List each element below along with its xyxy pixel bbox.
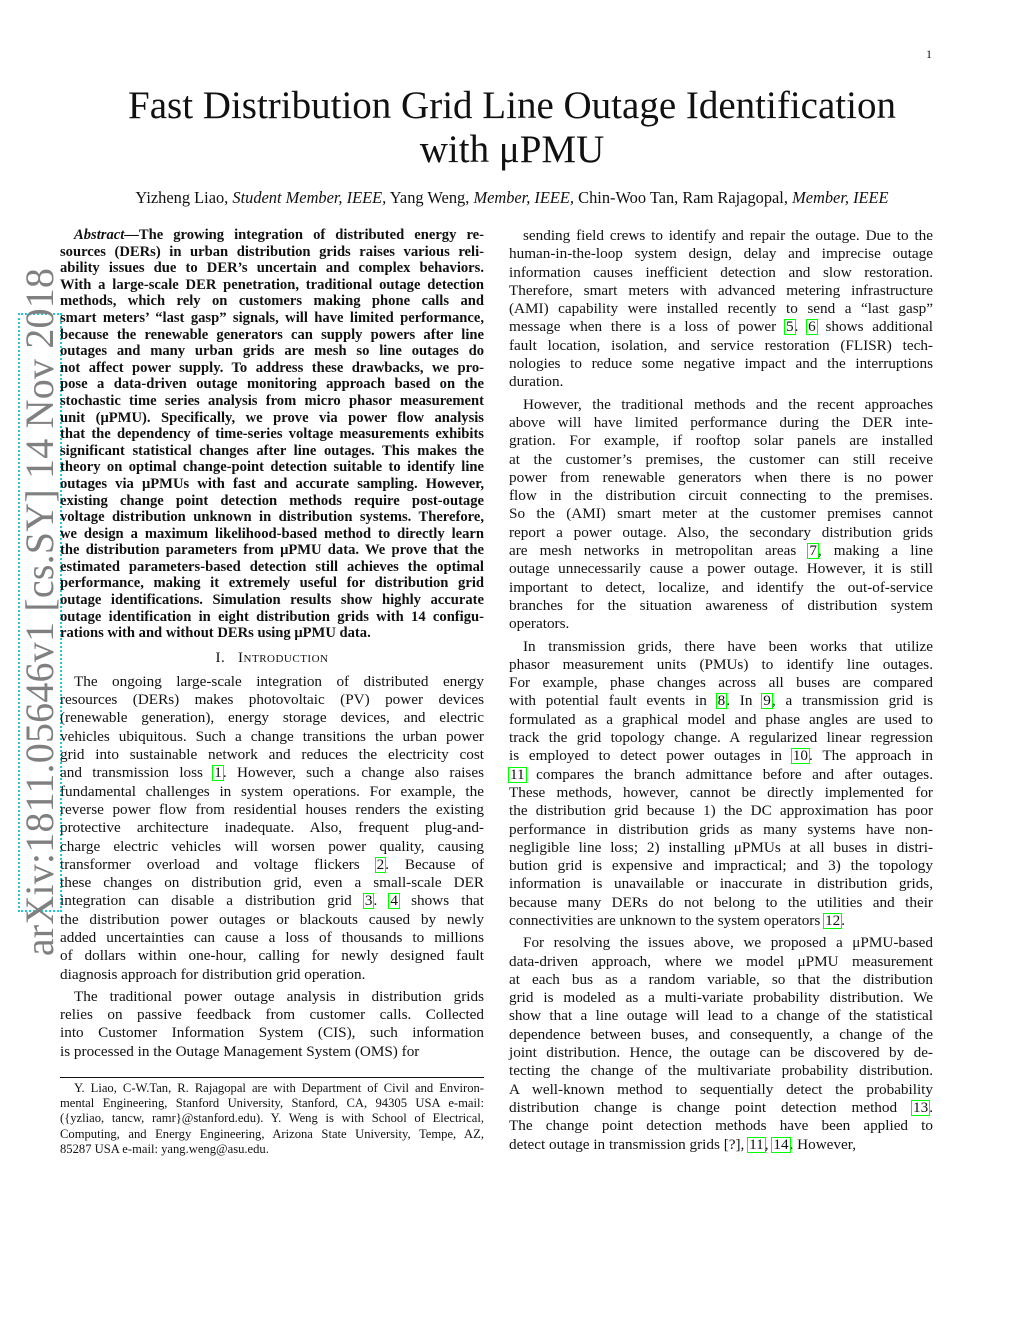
- text-line: message when there is a loss of power 5.…: [509, 318, 933, 336]
- left-column: Abstract—The growing integration of dist…: [60, 227, 484, 1065]
- text-line: relies on passive feedback from customer…: [60, 1006, 484, 1024]
- abstract-line: unit (μPMU). Specifically, we prove via …: [60, 410, 484, 427]
- text-run: grid is modeled as a multi-variate proba…: [509, 989, 933, 1006]
- abstract-line: outage identifications. Simulation resul…: [60, 592, 484, 609]
- paragraph: However, the traditional methods and the…: [509, 396, 933, 634]
- text-run: sources (DERs) in urban distribution gri…: [60, 244, 484, 260]
- text-line: For resolving the issues above, we propo…: [509, 934, 933, 952]
- text-line: human-in-the-loop system design, delay a…: [509, 245, 933, 263]
- text-run: estimated parameters-based detection sti…: [60, 559, 484, 575]
- text-line: grid is modeled as a multi-variate proba…: [509, 989, 933, 1007]
- text-line: The ongoing large-scale integration of d…: [60, 673, 484, 691]
- text-run: added uncertainties can cause a loss of …: [60, 929, 484, 946]
- author-name: Chin-Woo Tan, Ram Rajagopal,: [578, 188, 788, 207]
- text-run: information is unavailable or inaccurate…: [509, 875, 933, 892]
- abstract-line: stochastic time series analysis from mic…: [60, 393, 484, 410]
- text-line: Therefore, smart meters with advanced me…: [509, 282, 933, 300]
- text-line: integration can disable a distribution g…: [60, 892, 484, 910]
- text-line: gration. For example, if rooftop solar p…: [509, 432, 933, 450]
- text-run: branches for the situation awareness of …: [509, 597, 933, 614]
- text-run: duration.: [509, 373, 563, 390]
- text-line: sending field crews to identify and repa…: [509, 227, 933, 245]
- text-run: .: [373, 892, 389, 909]
- text-run: relies on passive feedback from customer…: [60, 1006, 484, 1023]
- text-line: distribution change is change point dete…: [509, 1099, 933, 1117]
- text-run: With a large-scale DER penetration, trad…: [60, 277, 484, 293]
- text-line: tecting the change of the multivariate p…: [509, 1062, 933, 1080]
- text-run: outage unnecessarily cause a power outag…: [509, 560, 933, 577]
- text-line: power from renewable generators when the…: [509, 469, 933, 487]
- text-run: data-driven approach, where we model μPM…: [509, 953, 933, 970]
- abstract-line: significant statistical changes after li…: [60, 443, 484, 460]
- text-run: outages and many urban grids are mesh so…: [60, 343, 484, 359]
- text-line: For example, phase changes across all bu…: [509, 674, 933, 692]
- abstract-line: pose a data-driven outage monitoring app…: [60, 376, 484, 393]
- footnote-line: mental Engineering, Stanford University,…: [60, 1096, 484, 1111]
- footnote-line: 85287 USA e-mail: yang.weng@asu.edu.: [60, 1142, 484, 1157]
- citation-link[interactable]: 11: [747, 1137, 766, 1153]
- text-run: sending field crews to identify and repa…: [523, 227, 933, 244]
- footnote-line: Y. Liao, C-W.Tan, R. Rajagopal are with …: [60, 1081, 484, 1096]
- text-run: existing change point detection methods …: [60, 493, 484, 509]
- text-run: (AMI) capability were installed recently…: [509, 300, 933, 317]
- text-run: negligible line loss; 2) installing μPMU…: [509, 839, 933, 856]
- text-run: resources (DERs) makes photovoltaic (PV)…: [60, 691, 484, 708]
- text-line: report a power outage. Also, the seconda…: [509, 524, 933, 542]
- text-line: are mesh networks in metropolitan areas …: [509, 542, 933, 560]
- footnote-line: Computing, and Energy Engineering, Arizo…: [60, 1127, 484, 1142]
- text-line: dependence between buses, and consequent…: [509, 1026, 933, 1044]
- text-run: phasor measurement units (PMUs) to ident…: [509, 656, 933, 673]
- text-run: The traditional power outage analysis in…: [74, 988, 484, 1005]
- text-line: phasor measurement units (PMUs) to ident…: [509, 656, 933, 674]
- author-name: Yizheng Liao,: [135, 188, 228, 207]
- text-line: vehicles ubiquitous. Such a change trans…: [60, 728, 484, 746]
- text-run: distribution change is change point dete…: [509, 1099, 912, 1116]
- text-run: gration. For example, if rooftop solar p…: [509, 432, 933, 449]
- text-run: . Because of: [385, 856, 484, 873]
- author-affiliation: Member, IEEE,: [473, 188, 574, 207]
- text-run: flow in the distribution circuit connect…: [509, 487, 933, 504]
- abstract-line: not affect power supply. To address thes…: [60, 360, 484, 377]
- text-run: charge electric vehicles will worsen pow…: [60, 838, 484, 855]
- text-line: grid into sustainable network and reduce…: [60, 746, 484, 764]
- text-line: transformer overload and voltage flicker…: [60, 856, 484, 874]
- paragraph: The traditional power outage analysis in…: [60, 988, 484, 1061]
- text-run: . The approach in: [809, 747, 933, 764]
- title-line-2: with μPMU: [0, 128, 1024, 172]
- text-line: at the customer’s premises, the customer…: [509, 451, 933, 469]
- text-line: bution grid is expensive and impractical…: [509, 857, 933, 875]
- text-line: information causes inefficient detection…: [509, 264, 933, 282]
- text-run: .: [929, 1099, 933, 1116]
- text-line: resources (DERs) makes photovoltaic (PV)…: [60, 691, 484, 709]
- text-run: tecting the change of the multivariate p…: [509, 1062, 933, 1079]
- citation-link[interactable]: 11: [508, 767, 527, 783]
- text-run: .: [841, 912, 845, 929]
- text-line: flow in the distribution circuit connect…: [509, 487, 933, 505]
- text-run: rations with and without DERs using μPMU…: [60, 625, 371, 641]
- text-line: 11 compares the branch admittance before…: [509, 766, 933, 784]
- text-run: into Customer Information System (CIS), …: [60, 1024, 484, 1041]
- text-run: performance, making it extremely useful …: [60, 575, 484, 591]
- abstract-line: outage identification in eight distribut…: [60, 609, 484, 626]
- text-run: , making a line: [818, 542, 933, 559]
- text-run: protective architecture inadequate. Also…: [60, 819, 484, 836]
- abstract-line: performance, making it extremely useful …: [60, 575, 484, 592]
- text-line: A well-known method to sequentially dete…: [509, 1081, 933, 1099]
- text-line: into Customer Information System (CIS), …: [60, 1024, 484, 1042]
- text-run: above will have limited performance duri…: [509, 414, 933, 431]
- text-run: performance in distribution grids as man…: [509, 821, 933, 838]
- text-run: nologies to reduce some negative impact …: [509, 355, 933, 372]
- text-line: is employed to detect power outages in 1…: [509, 747, 933, 765]
- text-line: The change point detection methods have …: [509, 1117, 933, 1135]
- footnote-divider: [60, 1077, 484, 1078]
- abstract-line: Abstract—The growing integration of dist…: [60, 227, 484, 244]
- text-run: outage identifications. Simulation resul…: [60, 592, 484, 608]
- text-run: with potential fault events in: [509, 692, 717, 709]
- abstract-line: the distribution parameters from μPMU da…: [60, 542, 484, 559]
- text-run: we design a maximum likelihood-based met…: [60, 526, 484, 542]
- text-line: of dollars within one-hour, calling for …: [60, 947, 484, 965]
- text-line: (AMI) capability were installed recently…: [509, 300, 933, 318]
- text-run: The ongoing large-scale integration of d…: [74, 673, 484, 690]
- text-line: However, the traditional methods and the…: [509, 396, 933, 414]
- abstract-line: With a large-scale DER penetration, trad…: [60, 277, 484, 294]
- text-run: information causes inefficient detection…: [509, 264, 933, 281]
- text-line: information is unavailable or inaccurate…: [509, 875, 933, 893]
- text-run: shows additional: [817, 318, 933, 335]
- text-line: detect outage in transmission grids [?],…: [509, 1136, 933, 1154]
- text-run: fundamental challenges in system operati…: [60, 783, 484, 800]
- text-run: and transmission loss: [60, 764, 213, 781]
- text-line: formulated as a graphical model and phas…: [509, 711, 933, 729]
- text-run: important to detect, localize, and ident…: [509, 579, 933, 596]
- section-number: I.: [216, 650, 226, 666]
- text-run: The change point detection methods have …: [509, 1117, 933, 1134]
- abstract-line: rations with and without DERs using μPMU…: [60, 625, 484, 642]
- text-line: track the grid topology change. A regula…: [509, 729, 933, 747]
- abstract-line: sources (DERs) in urban distribution gri…: [60, 244, 484, 261]
- text-run: because many DERs do not belong to the u…: [509, 894, 933, 911]
- text-run: integration can disable a distribution g…: [60, 892, 364, 909]
- text-run: pose a data-driven outage monitoring app…: [60, 376, 484, 392]
- abstract-line: estimated parameters-based detection sti…: [60, 559, 484, 576]
- citation-link[interactable]: 10: [791, 748, 810, 764]
- text-line: important to detect, localize, and ident…: [509, 579, 933, 597]
- text-run: is employed to detect power outages in: [509, 747, 792, 764]
- text-run: report a power outage. Also, the seconda…: [509, 524, 933, 541]
- text-run: —The growing integration of distributed …: [124, 227, 484, 243]
- text-run: fault location, isolation, and service r…: [509, 337, 933, 354]
- text-line: The traditional power outage analysis in…: [60, 988, 484, 1006]
- abstract-line: voltage distribution unknown in distribu…: [60, 509, 484, 526]
- text-run: outage identification in eight distribut…: [60, 609, 484, 625]
- text-run: smart meters’ “last gasp” signals, will …: [60, 310, 484, 326]
- text-run: . However, such a change also raises: [223, 764, 484, 781]
- text-line: branches for the situation awareness of …: [509, 597, 933, 615]
- arxiv-identifier[interactable]: arXiv:1811.05646v1 [cs.SY] 14 Nov 2018: [20, 268, 60, 956]
- text-run: detect outage in transmission grids [?],: [509, 1136, 748, 1153]
- text-run: at each bus as a random variable, so tha…: [509, 971, 933, 988]
- text-line: diagnosis approach for distribution grid…: [60, 966, 484, 984]
- text-line: outage unnecessarily cause a power outag…: [509, 560, 933, 578]
- text-run: these changes on distribution grid, even…: [60, 874, 484, 891]
- text-line: fundamental challenges in system operati…: [60, 783, 484, 801]
- text-run: diagnosis approach for distribution grid…: [60, 966, 365, 983]
- text-run: unit (μPMU). Specifically, we prove via …: [60, 410, 484, 426]
- text-line: So the (AMI) smart meter at the customer…: [509, 505, 933, 523]
- text-line: charge electric vehicles will worsen pow…: [60, 838, 484, 856]
- text-run: These methods, however, cannot be direct…: [509, 784, 933, 801]
- abstract-line: methods, which rely on customers making …: [60, 293, 484, 310]
- text-line: data-driven approach, where we model μPM…: [509, 953, 933, 971]
- text-run: shows that: [399, 892, 484, 909]
- author-affiliation: Student Member, IEEE,: [232, 188, 386, 207]
- text-run: (renewable generation), energy storage d…: [60, 709, 484, 726]
- text-run: , a transmission grid is: [772, 692, 933, 709]
- paper-title: Fast Distribution Grid Line Outage Ident…: [0, 84, 1024, 172]
- text-run: are mesh networks in metropolitan areas: [509, 542, 808, 559]
- author-affiliation: Member, IEEE: [792, 188, 889, 207]
- section-heading-introduction: I. Introduction: [60, 649, 484, 667]
- introduction-left-text: The ongoing large-scale integration of d…: [60, 673, 484, 1061]
- text-run: at the customer’s premises, the customer…: [509, 451, 933, 468]
- text-line: performance in distribution grids as man…: [509, 821, 933, 839]
- text-line: at each bus as a random variable, so tha…: [509, 971, 933, 989]
- text-run: grid into sustainable network and reduce…: [60, 746, 484, 763]
- text-line: protective architecture inadequate. Also…: [60, 819, 484, 837]
- text-run: connectivities are unknown to the system…: [509, 912, 824, 929]
- text-run: dependence between buses, and consequent…: [509, 1026, 933, 1043]
- right-column: sending field crews to identify and repa…: [509, 227, 933, 1158]
- text-line: negligible line loss; 2) installing μPMU…: [509, 839, 933, 857]
- abstract-line: because the renewable generators can sup…: [60, 327, 484, 344]
- text-line: duration.: [509, 373, 933, 391]
- text-run: . However,: [790, 1136, 856, 1153]
- text-line: the distribution power outages or blacko…: [60, 911, 484, 929]
- abstract-line: existing change point detection methods …: [60, 493, 484, 510]
- abstract-line: theory on optimal change-point detection…: [60, 459, 484, 476]
- text-run: compares the branch admittance before an…: [526, 766, 933, 783]
- section-title: Introduction: [238, 650, 328, 666]
- text-run: operators.: [509, 615, 569, 632]
- text-run: is processed in the Outage Management Sy…: [60, 1043, 419, 1060]
- text-run: ability issues due to DER’s uncertain an…: [60, 260, 484, 276]
- text-line: reverse power flow from residential hous…: [60, 801, 484, 819]
- text-run: stochastic time series analysis from mic…: [60, 393, 484, 409]
- abstract-line: smart meters’ “last gasp” signals, will …: [60, 310, 484, 327]
- text-run: not affect power supply. To address thes…: [60, 360, 484, 376]
- text-run: reverse power flow from residential hous…: [60, 801, 484, 818]
- text-line: and transmission loss 1. However, such a…: [60, 764, 484, 782]
- abstract: Abstract—The growing integration of dist…: [60, 227, 484, 642]
- text-run: the distribution power outages or blacko…: [60, 911, 484, 928]
- text-run: transformer overload and voltage flicker…: [60, 856, 376, 873]
- text-run: power from renewable generators when the…: [509, 469, 933, 486]
- text-run: significant statistical changes after li…: [60, 443, 484, 459]
- text-line: fault location, isolation, and service r…: [509, 337, 933, 355]
- paragraph: In transmission grids, there have been w…: [509, 638, 933, 931]
- text-line: operators.: [509, 615, 933, 633]
- text-run: that the dependency of time-series volta…: [60, 426, 484, 442]
- text-run: because the renewable generators can sup…: [60, 327, 484, 343]
- text-line: (renewable generation), energy storage d…: [60, 709, 484, 727]
- author-list: Yizheng Liao, Student Member, IEEE, Yang…: [0, 188, 1024, 208]
- text-line: In transmission grids, there have been w…: [509, 638, 933, 656]
- text-run: vehicles ubiquitous. Such a change trans…: [60, 728, 484, 745]
- text-line: joint distribution. Hence, the outage ca…: [509, 1044, 933, 1062]
- paragraph: The ongoing large-scale integration of d…: [60, 673, 484, 984]
- text-run: . In: [726, 692, 762, 709]
- text-run: bution grid is expensive and impractical…: [509, 857, 933, 874]
- abstract-line: we design a maximum likelihood-based met…: [60, 526, 484, 543]
- text-run: message when there is a loss of power: [509, 318, 785, 335]
- abstract-line: ability issues due to DER’s uncertain an…: [60, 260, 484, 277]
- abstract-line: outages via μPMUs with fast and accurate…: [60, 476, 484, 493]
- author-affiliation-footnote: Y. Liao, C-W.Tan, R. Rajagopal are with …: [60, 1081, 484, 1157]
- text-line: These methods, however, cannot be direct…: [509, 784, 933, 802]
- text-run: the distribution grid because 1) the DC …: [509, 802, 933, 819]
- text-run: joint distribution. Hence, the outage ca…: [509, 1044, 933, 1061]
- text-line: above will have limited performance duri…: [509, 414, 933, 432]
- text-line: added uncertainties can cause a loss of …: [60, 929, 484, 947]
- text-run: the distribution parameters from μPMU da…: [60, 542, 484, 558]
- text-run: track the grid topology change. A regula…: [509, 729, 933, 746]
- text-line: is processed in the Outage Management Sy…: [60, 1043, 484, 1061]
- text-run: For example, phase changes across all bu…: [509, 674, 933, 691]
- text-line: because many DERs do not belong to the u…: [509, 894, 933, 912]
- text-run: For resolving the issues above, we propo…: [523, 934, 933, 951]
- text-run: show that a line outage will lead to a c…: [509, 1007, 933, 1024]
- page-number: 1: [926, 47, 932, 62]
- title-line-1: Fast Distribution Grid Line Outage Ident…: [0, 84, 1024, 128]
- author-name: Yang Weng,: [390, 188, 470, 207]
- abstract-line: that the dependency of time-series volta…: [60, 426, 484, 443]
- footnote-line: ({yzliao, tancw, ramr}@stanford.edu). Y.…: [60, 1111, 484, 1126]
- text-run: However, the traditional methods and the…: [523, 396, 933, 413]
- paragraph: sending field crews to identify and repa…: [509, 227, 933, 392]
- text-run: theory on optimal change-point detection…: [60, 459, 484, 475]
- abstract-label: Abstract: [74, 227, 124, 243]
- text-line: show that a line outage will lead to a c…: [509, 1007, 933, 1025]
- text-run: voltage distribution unknown in distribu…: [60, 509, 484, 525]
- citation-link[interactable]: 13: [911, 1100, 930, 1116]
- text-run: outages via μPMUs with fast and accurate…: [60, 476, 484, 492]
- text-line: connectivities are unknown to the system…: [509, 912, 933, 930]
- abstract-line: outages and many urban grids are mesh so…: [60, 343, 484, 360]
- text-line: these changes on distribution grid, even…: [60, 874, 484, 892]
- text-run: So the (AMI) smart meter at the customer…: [509, 505, 933, 522]
- text-run: human-in-the-loop system design, delay a…: [509, 245, 933, 262]
- text-run: formulated as a graphical model and phas…: [509, 711, 933, 728]
- text-run: methods, which rely on customers making …: [60, 293, 484, 309]
- citation-link[interactable]: 12: [823, 913, 842, 929]
- text-line: nologies to reduce some negative impact …: [509, 355, 933, 373]
- text-run: In transmission grids, there have been w…: [523, 638, 933, 655]
- paragraph: For resolving the issues above, we propo…: [509, 934, 933, 1154]
- text-run: of dollars within one-hour, calling for …: [60, 947, 484, 964]
- text-line: the distribution grid because 1) the DC …: [509, 802, 933, 820]
- citation-link[interactable]: 14: [771, 1137, 790, 1153]
- text-line: with potential fault events in 8. In 9, …: [509, 692, 933, 710]
- text-run: Therefore, smart meters with advanced me…: [509, 282, 933, 299]
- text-run: A well-known method to sequentially dete…: [509, 1081, 933, 1098]
